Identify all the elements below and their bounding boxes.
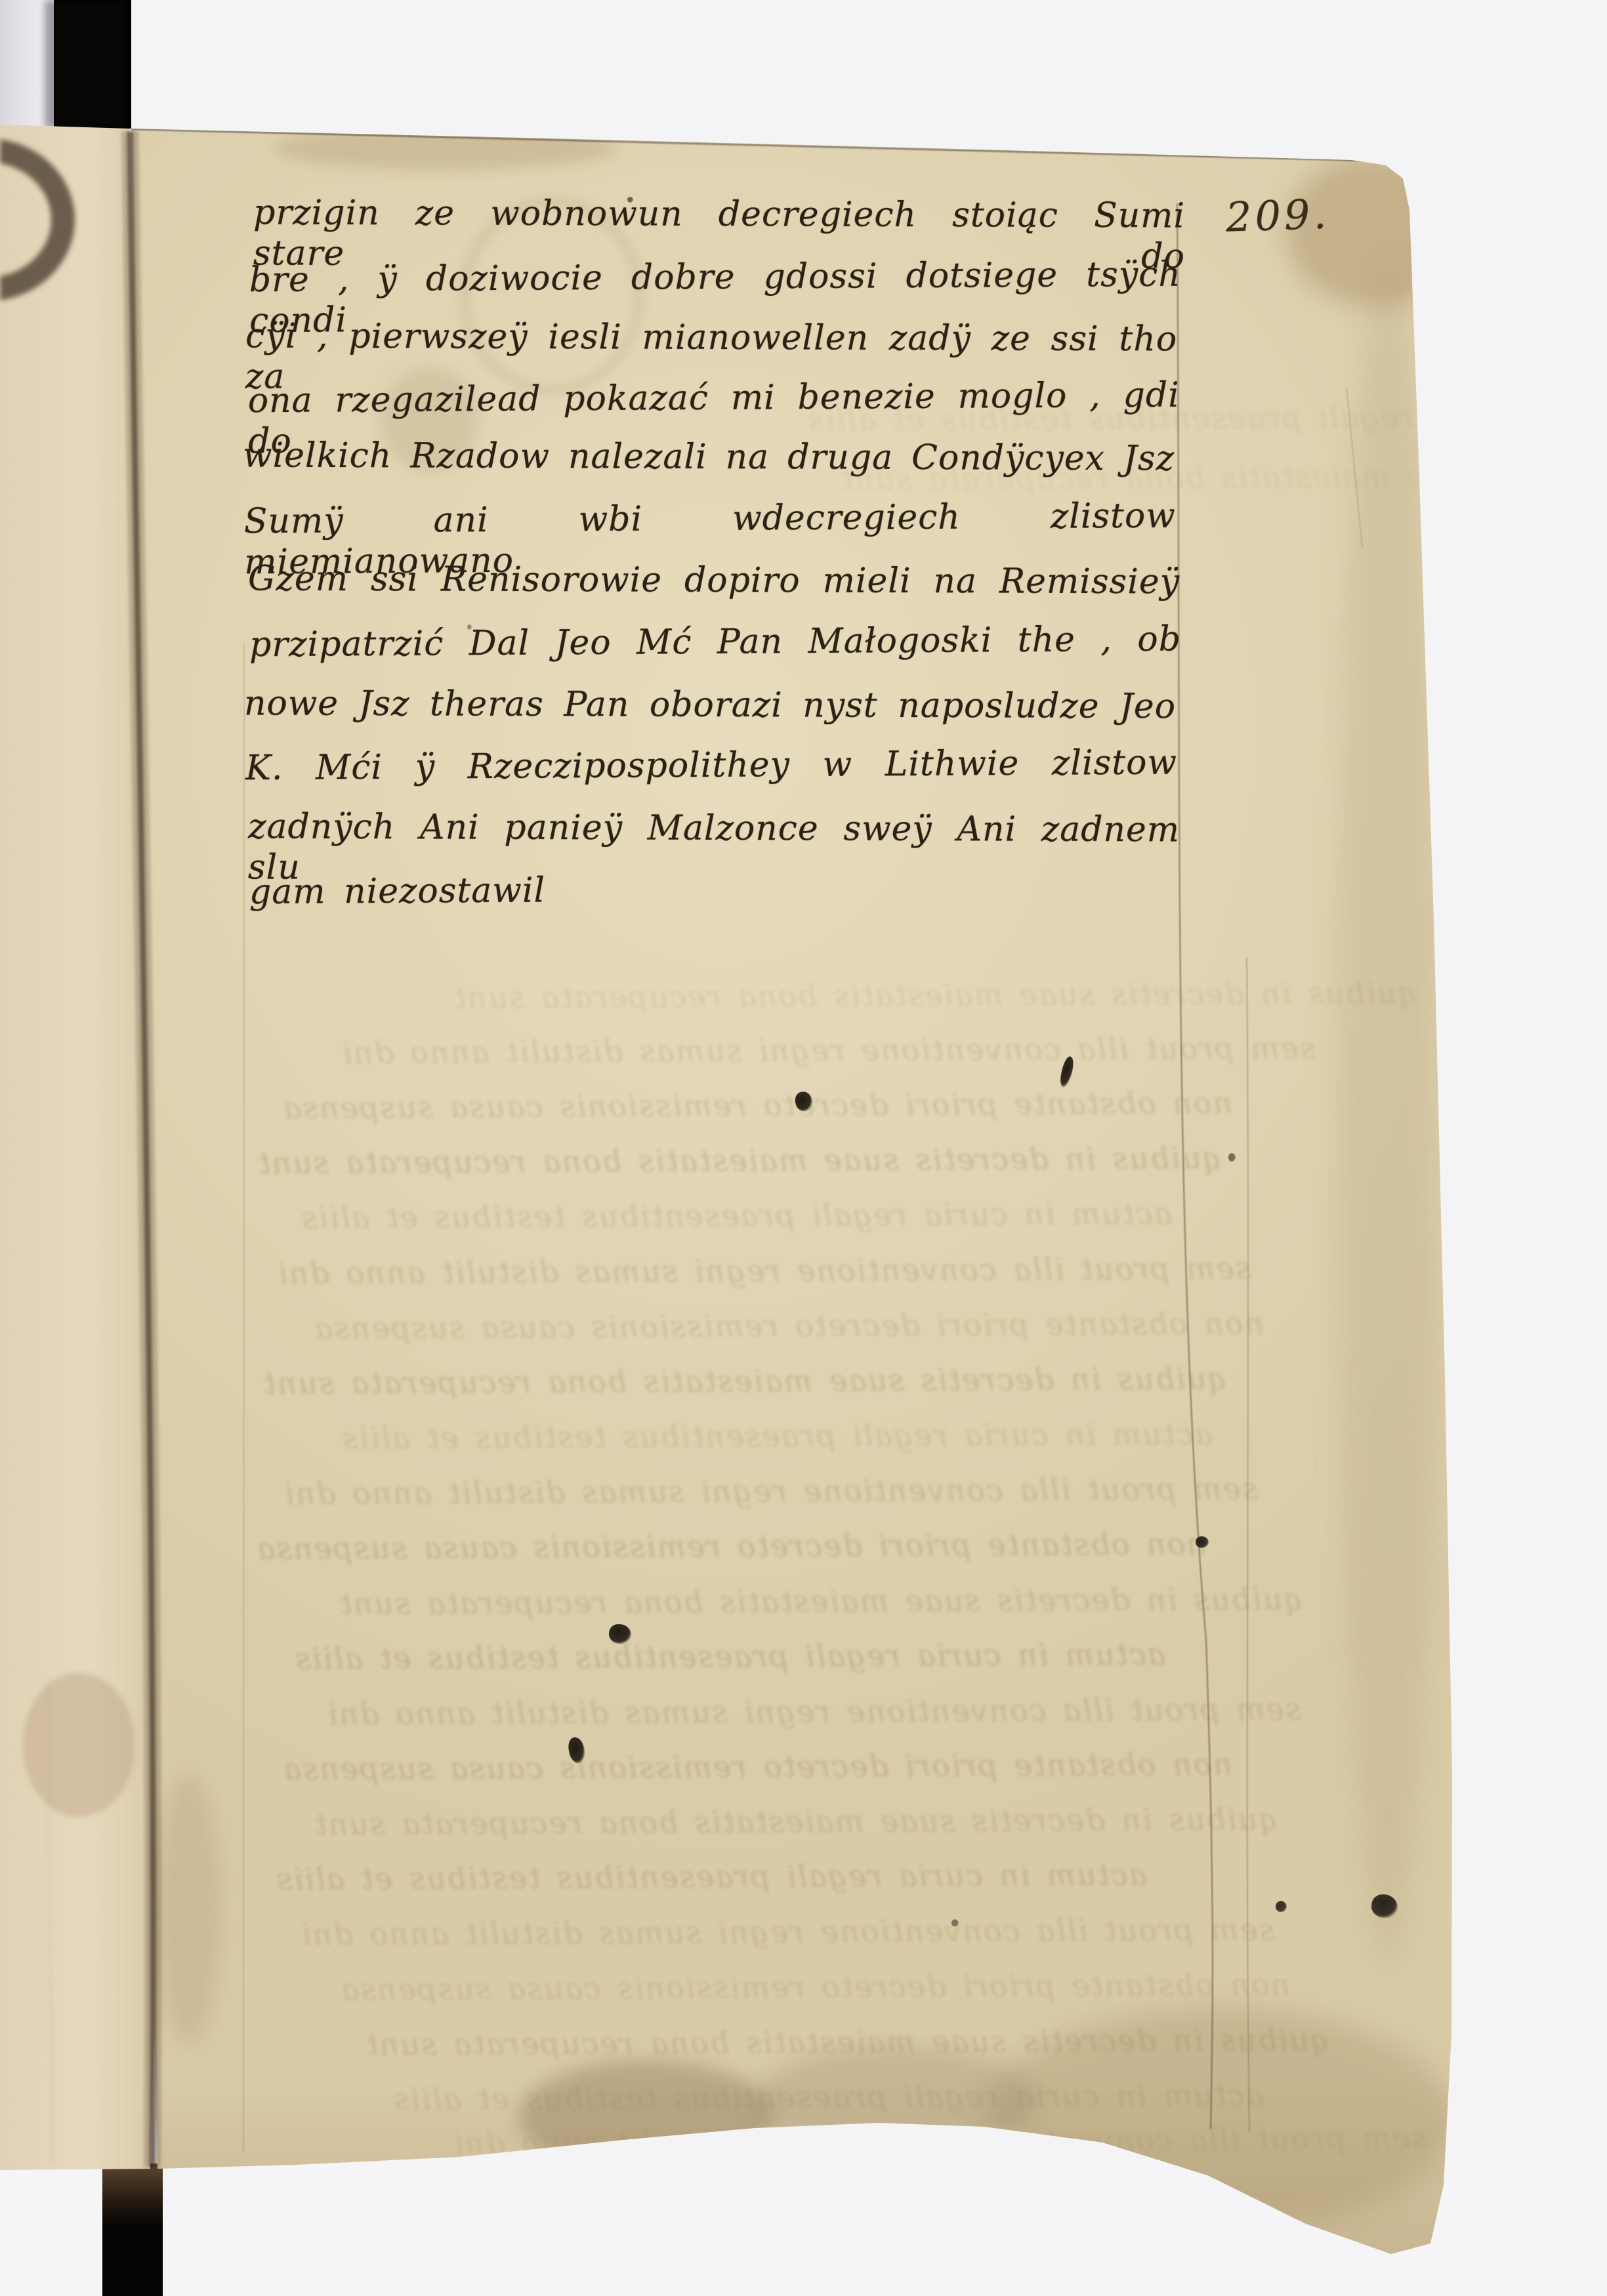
manuscript-scan: actum in curia regali praesentibus testi… xyxy=(0,0,1607,2296)
gutter-shadow xyxy=(0,0,1607,2296)
